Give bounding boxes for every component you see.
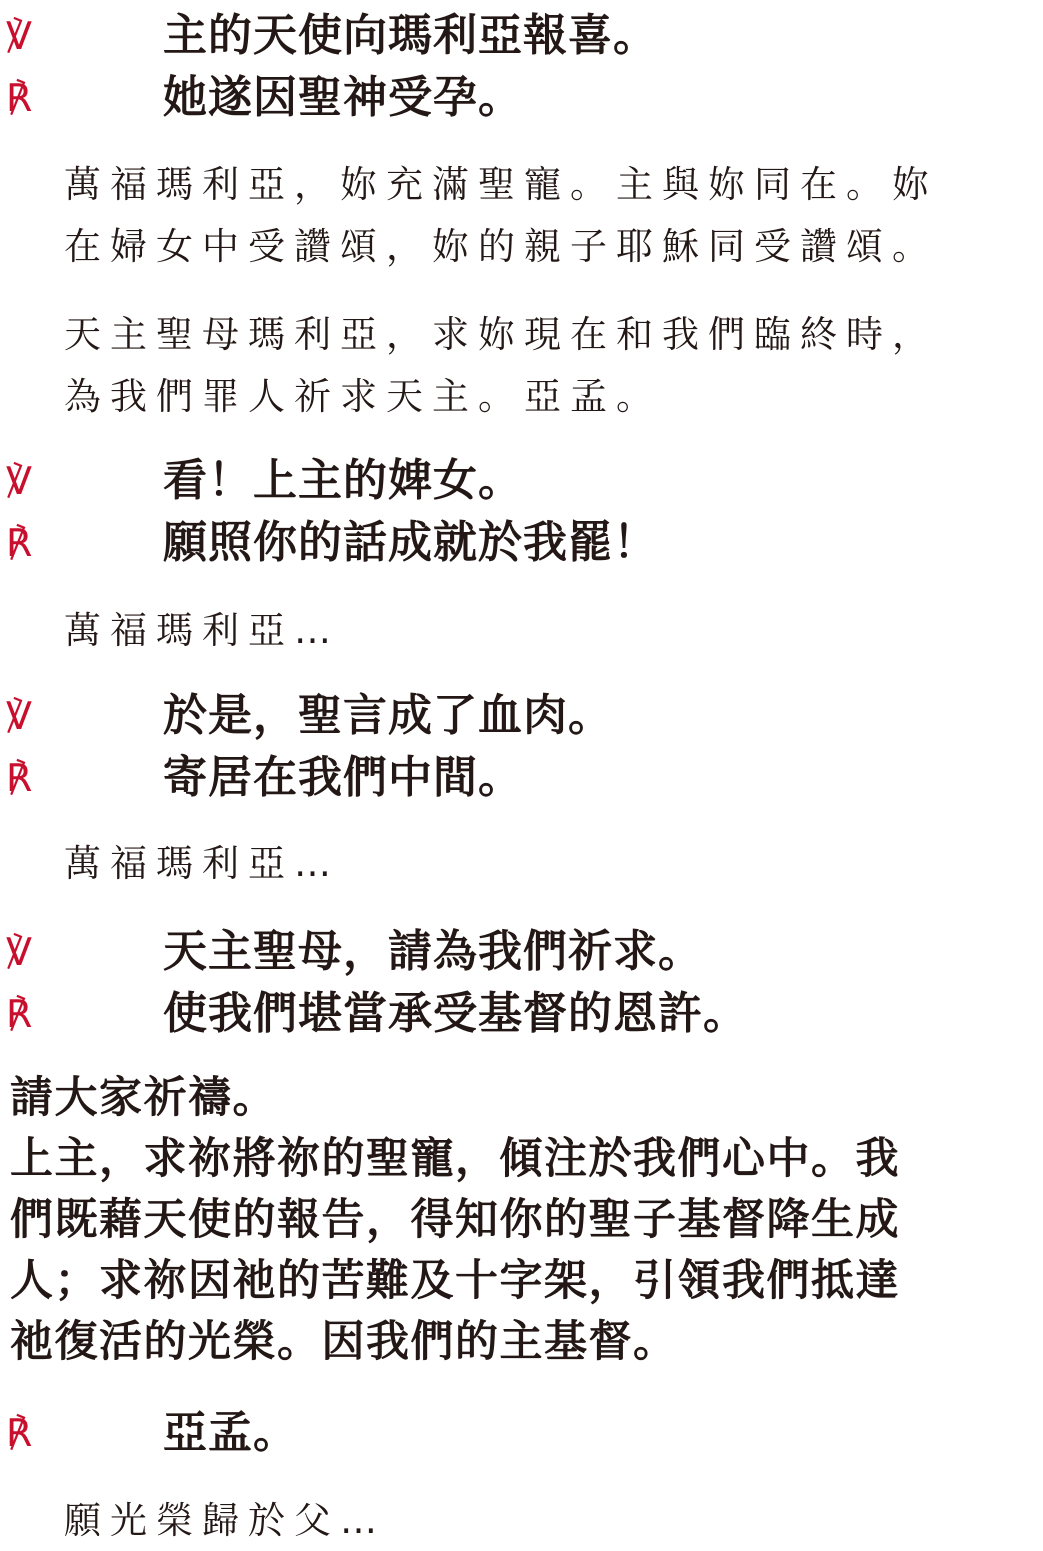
amen-text: 亞孟。 xyxy=(163,1403,298,1463)
response-symbol-icon: ℟ xyxy=(6,513,56,573)
hail-mary-short-2: 萬福瑪利亞… xyxy=(64,833,1039,895)
closing-prayer: 請大家祈禱。 上主，求祢將祢的聖寵，傾注於我們心中。我 們既藉天使的報告，得知你… xyxy=(10,1068,1040,1373)
response-line-4: ℟ 使我們堪當承受基督的恩許。 xyxy=(0,984,1043,1044)
versicle-text: 天主聖母，請為我們祈求。 xyxy=(163,922,703,982)
prayer-line: 人；求祢因祂的苦難及十字架，引領我們抵達 xyxy=(10,1251,1040,1312)
response-line-3: ℟ 寄居在我們中間。 xyxy=(0,748,1043,808)
doxology-line: 願光榮歸於父… xyxy=(64,1490,1039,1551)
response-text: 願照你的話成就於我罷！ xyxy=(163,513,658,573)
response-line-2: ℟ 願照你的話成就於我罷！ xyxy=(0,513,1043,573)
versicle-symbol-icon: ℣ xyxy=(6,686,56,746)
versicle-line-2: ℣ 看！上主的婢女。 xyxy=(0,451,1043,511)
versicle-text: 於是，聖言成了血肉。 xyxy=(163,686,613,746)
prayer-line: 天主聖母瑪利亞，求妳現在和我們臨終時， xyxy=(64,304,1039,366)
versicle-text: 主的天使向瑪利亞報喜。 xyxy=(163,6,658,66)
hail-mary-short-1: 萬福瑪利亞… xyxy=(64,600,1039,662)
prayer-line: 們既藉天使的報告，得知你的聖子基督降生成 xyxy=(10,1190,1040,1251)
prayer-line: 祂復活的光榮。因我們的主基督。 xyxy=(10,1312,1040,1373)
final-response-line: ℟ 亞孟。 xyxy=(0,1403,1043,1463)
hail-mary-part-2: 天主聖母瑪利亞，求妳現在和我們臨終時， 為我們罪人祈求天主。亞孟。 xyxy=(64,304,1039,428)
prayer-line: 萬福瑪利亞… xyxy=(64,833,1039,895)
hail-mary-part-1: 萬福瑪利亞，妳充滿聖寵。主與妳同在。妳 在婦女中受讚頌，妳的親子耶穌同受讚頌。 xyxy=(64,154,1039,278)
response-symbol-icon: ℟ xyxy=(6,1403,56,1463)
response-text: 她遂因聖神受孕。 xyxy=(163,68,523,128)
response-text: 使我們堪當承受基督的恩許。 xyxy=(163,984,748,1044)
versicle-line-1: ℣ 主的天使向瑪利亞報喜。 xyxy=(0,6,1043,66)
versicle-line-3: ℣ 於是，聖言成了血肉。 xyxy=(0,686,1043,746)
prayer-invitation: 請大家祈禱。 xyxy=(10,1068,1040,1129)
doxology: 願光榮歸於父… xyxy=(64,1490,1039,1551)
versicle-text: 看！上主的婢女。 xyxy=(163,451,523,511)
prayer-line: 萬福瑪利亞… xyxy=(64,600,1039,662)
response-symbol-icon: ℟ xyxy=(6,748,56,808)
versicle-symbol-icon: ℣ xyxy=(6,451,56,511)
response-symbol-icon: ℟ xyxy=(6,68,56,128)
prayer-line: 萬福瑪利亞，妳充滿聖寵。主與妳同在。妳 xyxy=(64,154,1039,216)
response-symbol-icon: ℟ xyxy=(6,984,56,1044)
prayer-line: 為我們罪人祈求天主。亞孟。 xyxy=(64,366,1039,428)
response-line-1: ℟ 她遂因聖神受孕。 xyxy=(0,68,1043,128)
versicle-symbol-icon: ℣ xyxy=(6,6,56,66)
prayer-line: 上主，求祢將祢的聖寵，傾注於我們心中。我 xyxy=(10,1129,1040,1190)
prayer-line: 在婦女中受讚頌，妳的親子耶穌同受讚頌。 xyxy=(64,216,1039,278)
versicle-line-4: ℣ 天主聖母，請為我們祈求。 xyxy=(0,922,1043,982)
response-text: 寄居在我們中間。 xyxy=(163,748,523,808)
versicle-symbol-icon: ℣ xyxy=(6,922,56,982)
